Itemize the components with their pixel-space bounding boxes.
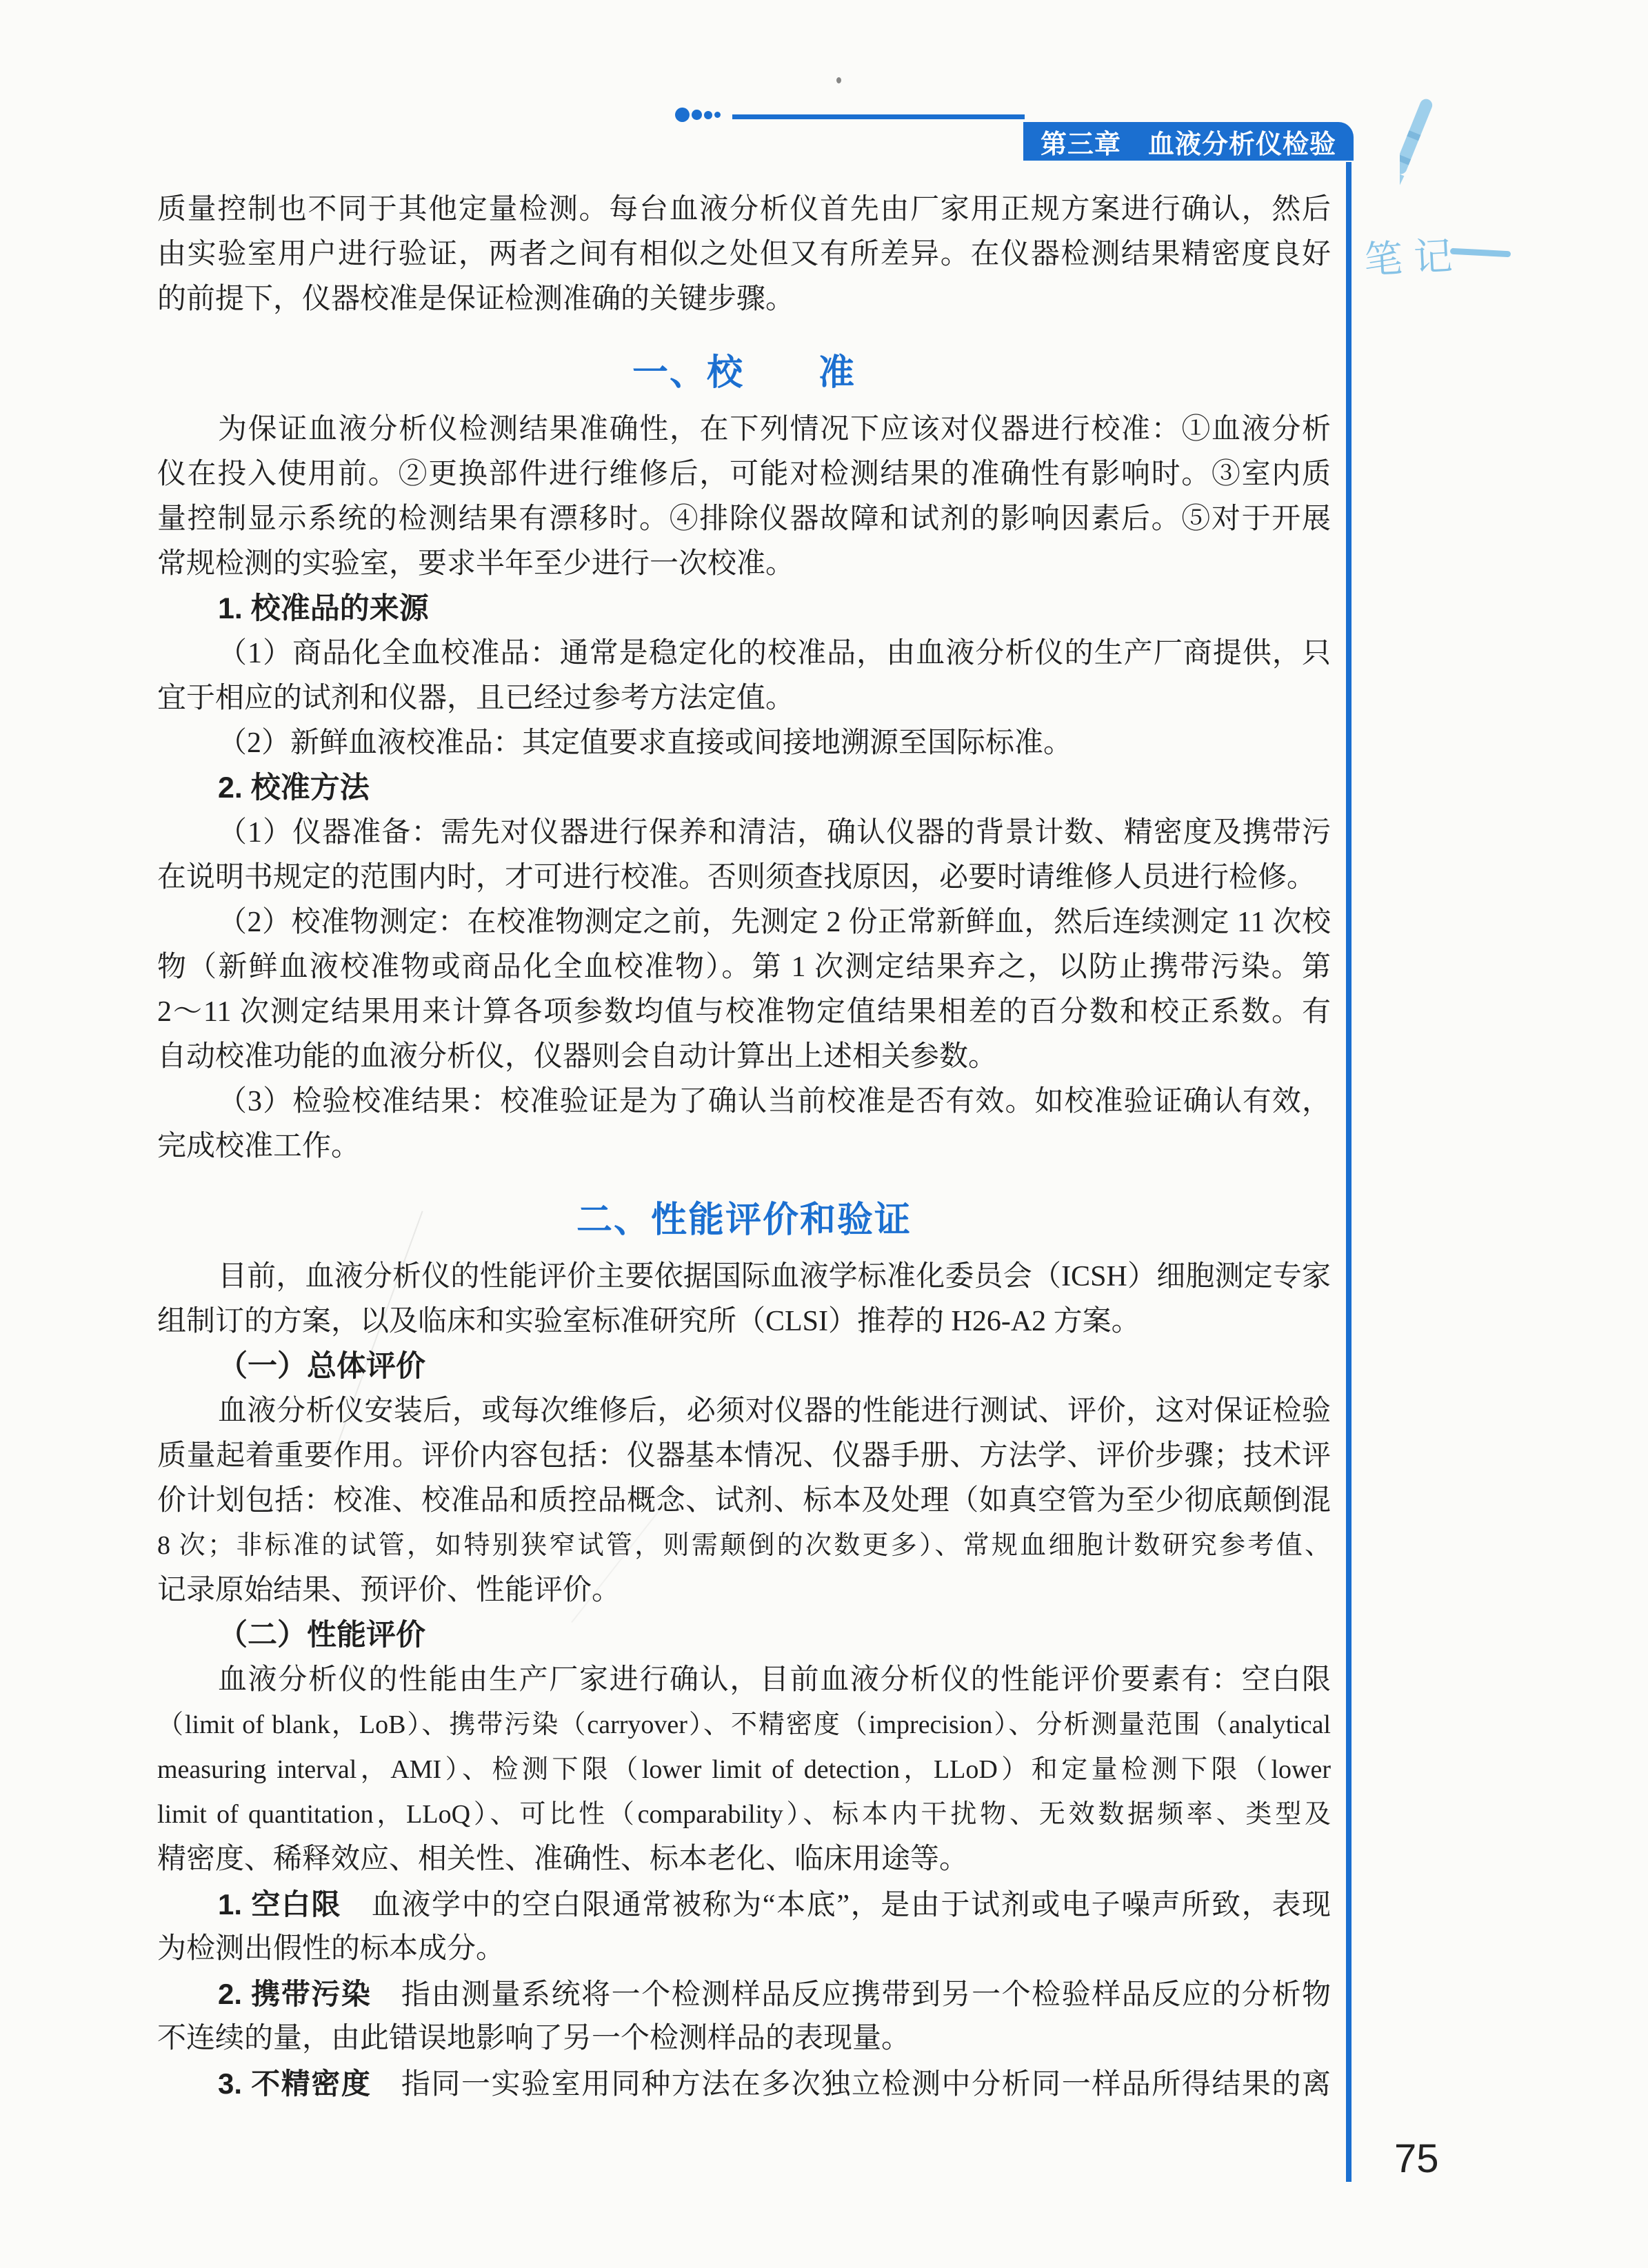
text-line: 物（新鲜血液校准物或商品化全血校准物）。第 1 次测定结果弃之，以防止携带污染。…: [157, 945, 1331, 990]
section-heading: 一、校 准: [157, 341, 1331, 405]
text-line: limit of quantitation，LLoQ）、可比性（comparab…: [157, 1792, 1331, 1837]
text-line: （1）仪器准备：需先对仪器进行保养和清洁，确认仪器的背景计数、精密度及携带污染: [157, 811, 1331, 855]
text-line: 2～11 次测定结果用来计算各项参数均值与校准物定值结果相差的百分数和校正系数。…: [157, 990, 1331, 1035]
text-line: 血液分析仪安装后，或每次维修后，必须对仪器的性能进行测试、评价，这对保证检验: [157, 1389, 1331, 1434]
note-label: 笔记: [1363, 225, 1465, 285]
subsection-heading: 1. 校准品的来源: [157, 587, 1331, 631]
text-line: 由实验室用户进行验证，两者之间有相似之处但又有所差异。在仪器检测结果精密度良好: [157, 232, 1331, 277]
chapter-banner: 第三章 血液分析仪检验: [1023, 122, 1354, 161]
text-line: 8 次；非标准的试管，如特别狭窄试管，则需颠倒的次数更多）、常规血细胞计数研究参…: [157, 1523, 1331, 1568]
dot-icon: [675, 108, 690, 122]
text-line: （2）校准物测定：在校准物测定之前，先测定 2 份正常新鲜血，然后连续测定 11…: [157, 900, 1331, 945]
page-number: 75: [1394, 2136, 1439, 2182]
text-line: 价计划包括：校准、校准品和质控品概念、试剂、标本及处理（如真空管为至少彻底颠倒混…: [157, 1479, 1331, 1523]
text-line: （limit of blank，LoB）、携带污染（carryover）、不精密…: [157, 1703, 1331, 1748]
scan-artifact: [836, 77, 841, 83]
text-line: 不连续的量，由此错误地影响了另一个检测样品的表现量。: [157, 2016, 1331, 2061]
side-rule-line: [1346, 162, 1351, 2182]
text-line: 在说明书规定的范围内时，才可进行校准。否则须查找原因，必要时请维修人员进行检修。: [157, 855, 1331, 900]
dot-icon: [704, 111, 712, 119]
subsection-heading: （二）性能评价: [157, 1613, 1331, 1658]
subsection-heading: （一）总体评价: [157, 1344, 1331, 1389]
text-line: 组制订的方案，以及临床和实验室标准研究所（CLSI）推荐的 H26-A2 方案。: [157, 1299, 1331, 1344]
text-line: 精密度、稀释效应、相关性、准确性、标本老化、临床用途等。: [157, 1837, 1331, 1882]
term-bold: 3. 不精密度: [218, 2067, 371, 2100]
dot-icon: [692, 110, 702, 120]
text-line: 1. 空白限 血液学中的空白限通常被称为“本底”，是由于试剂或电子噪声所致，表现: [157, 1882, 1331, 1927]
text-line: 2. 携带污染 指由测量系统将一个检测样品反应携带到另一个检验样品反应的分析物: [157, 1972, 1331, 2016]
text-line: 常规检测的实验室，要求半年至少进行一次校准。: [157, 542, 1331, 587]
term-bold: 2. 携带污染: [218, 1978, 371, 2010]
text-line: measuring interval，AMI）、检测下限（lower limit…: [157, 1748, 1331, 1792]
text-line: 自动校准功能的血液分析仪，仪器则会自动计算出上述相关参数。: [157, 1035, 1331, 1080]
content-column: 质量控制也不同于其他定量检测。每台血液分析仪首先由厂家用正规方案进行确认，然后由…: [157, 188, 1331, 2106]
text-line: 3. 不精密度 指同一实验室用同种方法在多次独立检测中分析同一样品所得结果的离: [157, 2061, 1331, 2106]
text-line: 宜于相应的试剂和仪器，且已经过参考方法定值。: [157, 676, 1331, 721]
text-line: （3）检验校准结果：校准验证是为了确认当前校准是否有效。如校准验证确认有效，即: [157, 1080, 1331, 1124]
subsection-heading: 2. 校准方法: [157, 766, 1331, 811]
text-line: 记录原始结果、预评价、性能评价。: [157, 1568, 1331, 1613]
section-heading: 二、性能评价和验证: [157, 1188, 1331, 1252]
header-rule-line: [732, 114, 1025, 119]
text-line: 量控制显示系统的检测结果有漂移时。④排除仪器故障和试剂的影响因素后。⑤对于开展: [157, 497, 1331, 542]
text-line: 仪在投入使用前。②更换部件进行维修后，可能对检测结果的准确性有影响时。③室内质: [157, 452, 1331, 497]
text-line: 目前，血液分析仪的性能评价主要依据国际血液学标准化委员会（ICSH）细胞测定专家: [157, 1255, 1331, 1299]
text-line: 血液分析仪的性能由生产厂家进行确认，目前血液分析仪的性能评价要素有：空白限: [157, 1658, 1331, 1703]
text-line: （1）商品化全血校准品：通常是稳定化的校准品，由血液分析仪的生产厂商提供，只适: [157, 631, 1331, 676]
text-line: 质量控制也不同于其他定量检测。每台血液分析仪首先由厂家用正规方案进行确认，然后: [157, 188, 1331, 232]
chapter-banner-title: 第三章 血液分析仪检验: [1041, 123, 1336, 161]
text-line: 为保证血液分析仪检测结果准确性，在下列情况下应该对仪器进行校准：①血液分析: [157, 407, 1331, 452]
text-line: 为检测出假性的标本成分。: [157, 1927, 1331, 1972]
text-line: 的前提下，仪器校准是保证检测准确的关键步骤。: [157, 277, 1331, 322]
dot-icon: [714, 112, 721, 118]
text-line: 完成校准工作。: [157, 1124, 1331, 1169]
term-bold: 1. 空白限: [218, 1888, 341, 1921]
text-line: （2）新鲜血液校准品：其定值要求直接或间接地溯源至国际标准。: [157, 721, 1331, 766]
